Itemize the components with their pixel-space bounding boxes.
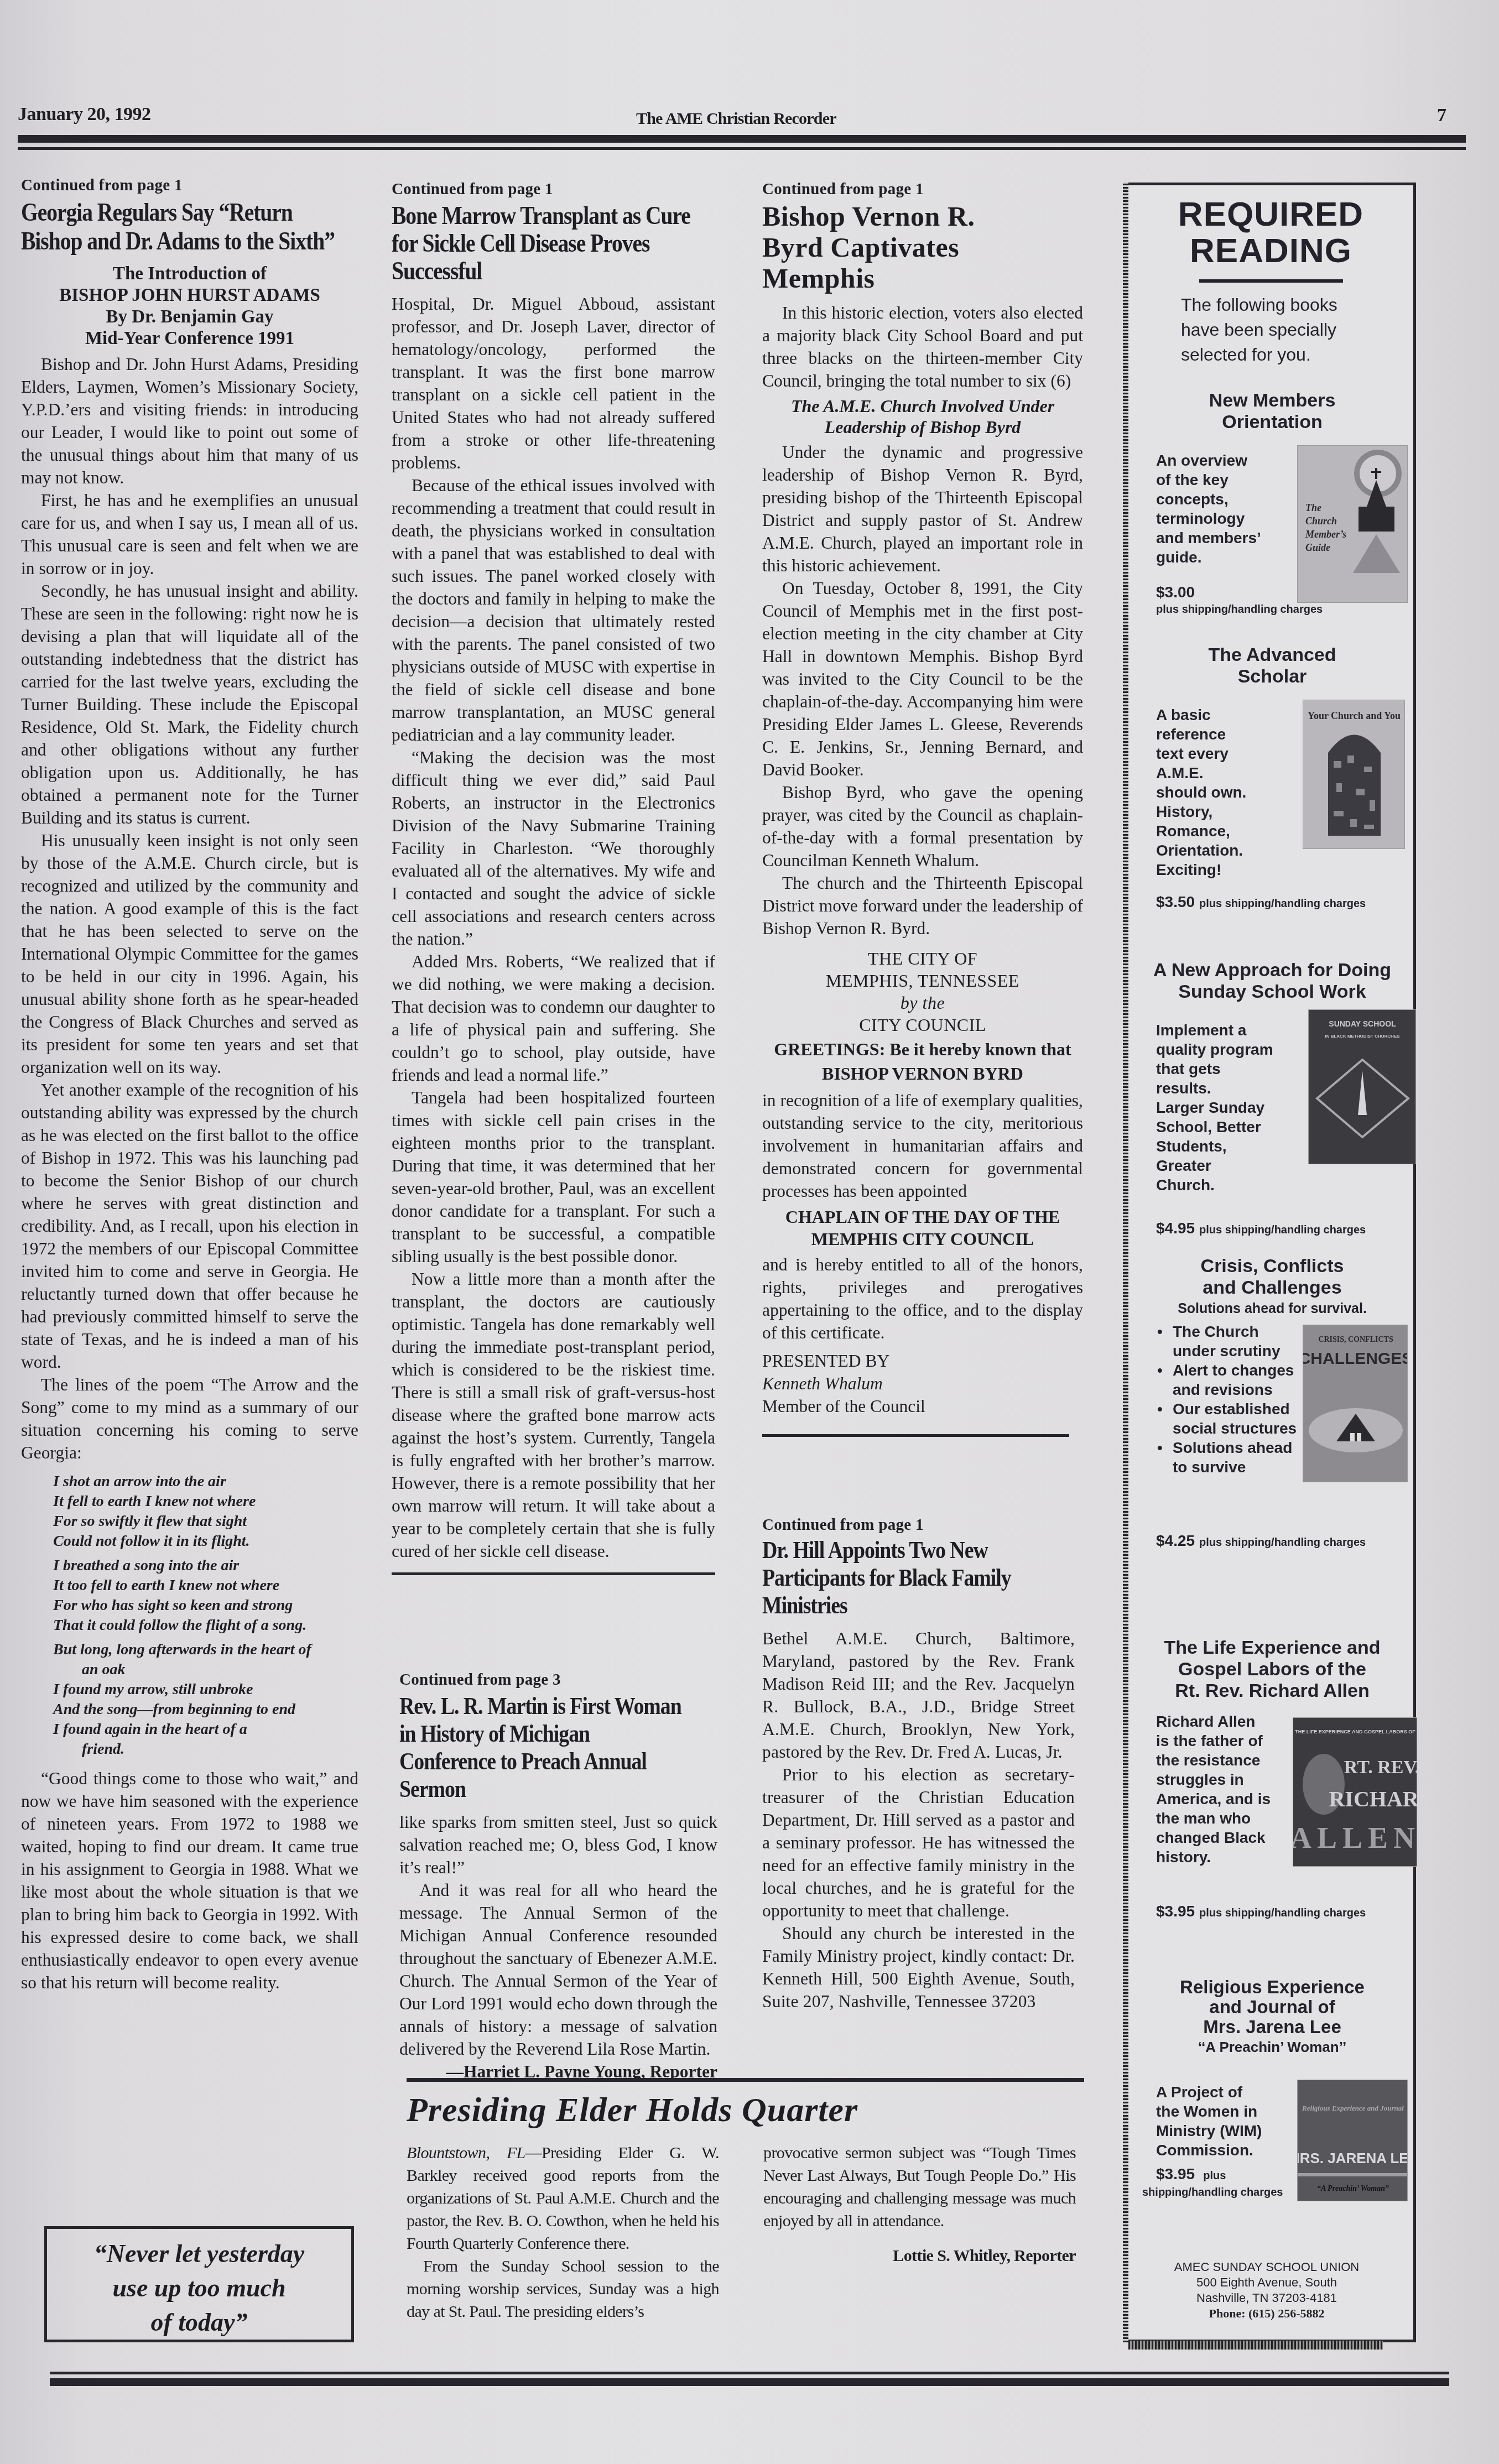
presiding-elder-column-2: provocative sermon subject was “Tough Ti… [763,2142,1076,2267]
book-cover-icon: Religious Experience and Journal MRS. JA… [1298,2080,1408,2201]
headline: Georgia Regulars Say “Return Bishop and … [21,198,354,256]
paragraph: And it was real for all who heard the me… [399,1879,717,2060]
book-jarena-lee: Religious Experienceand Journal ofMrs. J… [1128,1977,1416,2226]
poem-stanza: I breathed a song into the air It too fe… [53,1556,358,1635]
book-richard-allen: The Life Experience andGospel Labors of … [1128,1637,1416,1936]
svg-text:IN BLACK METHODIST CHURCHES: IN BLACK METHODIST CHURCHES [1325,1034,1400,1039]
book-title: New Members Orientation [1128,390,1416,433]
paragraph: Under the dynamic and progressive leader… [762,441,1083,577]
book-price: $3.95 plus shipping/handling charges [1142,2165,1283,2199]
byline: Lottie S. Whitley, Reporter [763,2244,1076,2267]
svg-text:“A Preachin’ Woman”: “A Preachin’ Woman” [1317,2185,1389,2193]
book-cover: The Church Member’s Guide [1297,445,1408,603]
portrait-icon: THE LIFE EXPERIENCE AND GOSPEL LABORS OF… [1293,1718,1417,1867]
article-divider [407,2078,1084,2082]
svg-text:The: The [1305,502,1321,513]
article-subhead: The Introduction of BISHOP JOHN HURST AD… [21,263,358,350]
paragraph: Yet another example of the recognition o… [21,1079,358,1373]
book-price: $3.95plus shipping/handling charges [1156,1903,1366,1920]
book-bullet-list: The Church under scrutinyAlert to change… [1156,1322,1300,1477]
paragraph: His unusually keen insight is not only s… [21,829,358,1079]
continued-label: Continued from page 1 [762,1515,1075,1534]
continued-label: Continued from page 1 [392,180,715,199]
presiding-elder-column-1: Blountstown, FL—Presiding Elder G. W. Ba… [407,2142,719,2323]
svg-text:Guide: Guide [1305,542,1330,553]
paragraph: Should any church be interested in the F… [762,1922,1075,2013]
publication-name: The AME Christian Recorder [636,110,836,128]
newspaper-page: January 20, 1992 The AME Christian Recor… [0,0,1499,2464]
book-price: $4.95plus shipping/handling charges [1156,1220,1366,1237]
book-price: $3.50plus shipping/handling charges [1156,893,1366,911]
paragraph: In this historic election, voters also e… [762,301,1083,392]
book-description: An overviewof the keyconcepts,terminolog… [1156,451,1261,567]
headline: Rev. L. R. Martin is First Woman in Hist… [399,1692,685,1803]
footer-rule-thick [50,2378,1449,2386]
book-description: A Project ofthe Women inMinistry (WIM)Co… [1156,2082,1262,2160]
article-divider [762,1434,1069,1437]
paragraph: like sparks from smitten steel, Just so … [399,1811,717,1879]
article-georgia-regulars: Continued from page 1 Georgia Regulars S… [21,176,358,1994]
article-subhead: The A.M.E. Church Involved Under Leaders… [762,395,1083,437]
poem-stanza: But long, long afterwards in the heart o… [53,1640,358,1759]
required-reading-ad: REQUIRED READING The following books hav… [1128,183,1416,2342]
paragraph: Secondly, he has unusual insight and abi… [21,580,358,829]
paragraph: Added Mrs. Roberts, “We realized that if… [392,950,715,1086]
paragraph: Bishop Byrd, who gave the opening prayer… [762,781,1083,872]
book-title: The Life Experience andGospel Labors of … [1128,1637,1416,1702]
book-cover: Your Church and You [1303,700,1405,849]
book-price: $4.25plus shipping/handling charges [1156,1532,1366,1550]
book-title: Religious Experienceand Journal ofMrs. J… [1128,1977,1416,2057]
paragraph: Now a little more than a month after the… [392,1268,715,1562]
paragraph: On Tuesday, October 8, 1991, the City Co… [762,577,1083,781]
paragraph: Tangela had been hospitalized fourteen t… [392,1086,715,1268]
paragraph: Because of the ethical issues involved w… [392,474,715,746]
headline: Dr. Hill Appoints Two New Participants f… [762,1536,1076,1619]
svg-text:MRS. JARENA LEE: MRS. JARENA LEE [1298,2150,1408,2166]
ad-intro: The following books have been specially … [1128,293,1361,367]
issue-date: January 20, 1992 [18,104,150,125]
ad-contact-info: AMEC SUNDAY SCHOOL UNION 500 Eighth Aven… [1128,2259,1405,2321]
book-cover: THE LIFE EXPERIENCE AND GOSPEL LABORS OF… [1293,1717,1417,1867]
footer-rule-thin [50,2372,1449,2374]
book-sunday-school-work: A New Approach for DoingSunday School Wo… [1128,960,1416,1247]
svg-text:CRISIS, CONFLICTS: CRISIS, CONFLICTS [1318,1336,1393,1344]
paragraph: “Making the decision was the most diffic… [392,746,715,950]
svg-text:RT. REV.: RT. REV. [1344,1757,1417,1778]
pull-quote-box: “Never let yesterday use up too much of … [44,2226,354,2342]
svg-text:ALLEN: ALLEN [1293,1821,1417,1854]
book-title: A New Approach for DoingSunday School Wo… [1128,960,1416,1003]
paragraph: Prior to his election as secretary-treas… [762,1763,1075,1922]
book-description: Implement aquality programthat getsresul… [1156,1020,1273,1195]
proclamation: THE CITY OF MEMPHIS, TENNESSEE by the CI… [762,947,1083,1418]
paragraph: First, he has and he exemplifies an unus… [21,489,358,580]
dateline: Blountstown, FL [407,2144,525,2162]
book-subtitle: Solutions ahead for survival. [1128,1301,1416,1317]
paragraph: Bethel A.M.E. Church, Baltimore, Marylan… [762,1627,1075,1763]
book-description: Richard Allenis the father ofthe resista… [1156,1712,1271,1867]
paragraph: Bishop and Dr. John Hurst Adams, Presidi… [21,353,358,489]
svg-text:THE LIFE EXPERIENCE AND GOSPEL: THE LIFE EXPERIENCE AND GOSPEL LABORS OF [1295,1729,1415,1734]
continued-label: Continued from page 3 [399,1670,717,1689]
ad-border-shading [1128,2341,1383,2350]
continued-label: Continued from page 1 [21,176,358,195]
book-cover: SUNDAY SCHOOL IN BLACK METHODIST CHURCHE… [1308,1009,1416,1164]
continued-label: Continued from page 1 [762,180,1083,199]
signature: Kenneth Whalum [762,1372,1083,1395]
pyramid-icon: SUNDAY SCHOOL IN BLACK METHODIST CHURCHE… [1309,1010,1416,1164]
church-building-icon: CRISIS, CONFLICTS CHALLENGES [1303,1325,1408,1482]
svg-text:Religious Experience and Journ: Religious Experience and Journal [1302,2104,1404,2112]
masthead-rule-thin [18,147,1466,150]
headline-presiding-elder: Presiding Elder Holds Quarter [407,2091,858,2130]
book-description: A basicreferencetext everyA.M.E.should o… [1156,705,1246,879]
paragraph: The lines of the poem “The Arrow and the… [21,1373,358,1464]
masthead-rule-thick [18,135,1466,143]
article-bishop-byrd: Continued from page 1 Bishop Vernon R. B… [762,180,1083,1451]
ad-title: REQUIRED READING [1128,196,1413,269]
headline: Bone Marrow Transplant as Cure for Sickl… [392,202,720,285]
page-number: 7 [1437,105,1446,126]
svg-text:SUNDAY SCHOOL: SUNDAY SCHOOL [1329,1019,1396,1028]
article-rev-martin: Continued from page 3 Rev. L. R. Martin … [399,1670,717,2083]
paragraph: “Good things come to those who wait,” an… [21,1767,358,1994]
headline: Bishop Vernon R. Byrd Captivates Memphis [762,201,1039,294]
church-steeple-icon: The Church Member’s Guide [1298,446,1408,603]
book-cover: Religious Experience and Journal MRS. JA… [1297,2080,1408,2201]
svg-text:Member’s: Member’s [1305,529,1346,540]
svg-text:Church: Church [1305,515,1337,527]
book-cover: CRISIS, CONFLICTS CHALLENGES [1303,1325,1408,1482]
book-crisis-conflicts-challenges: Crisis, Conflictsand Challenges Solution… [1128,1256,1416,1565]
poem-stanza: I shot an arrow into the air It fell to … [53,1472,358,1551]
phone-number: Phone: (615) 256-5882 [1128,2306,1405,2321]
book-advanced-scholar: The AdvancedScholar A basicreferencetext… [1128,644,1416,921]
book-price: $3.00 plus shipping/handling charges [1156,584,1323,616]
paragraph: The church and the Thirteenth Episcopal … [762,872,1083,940]
svg-text:CHALLENGES: CHALLENGES [1303,1350,1408,1368]
poem-arrow-and-song: I shot an arrow into the air It fell to … [21,1472,358,1759]
stained-glass-window-icon: Your Church and You [1303,700,1405,849]
book-title: The AdvancedScholar [1128,644,1416,687]
ad-title-underline [1199,279,1343,283]
book-new-members-orientation: New Members Orientation An overviewof th… [1128,390,1416,622]
svg-text:Your Church and You: Your Church and You [1308,710,1401,721]
paragraph: Hospital, Dr. Miguel Abboud, assistant p… [392,293,715,474]
article-divider [392,1572,715,1575]
article-dr-hill: Continued from page 1 Dr. Hill Appoints … [762,1515,1075,2013]
article-bone-marrow: Continued from page 1 Bone Marrow Transp… [392,180,715,1590]
svg-text:RICHARD: RICHARD [1329,1786,1417,1811]
book-title: Crisis, Conflictsand Challenges [1128,1256,1416,1299]
